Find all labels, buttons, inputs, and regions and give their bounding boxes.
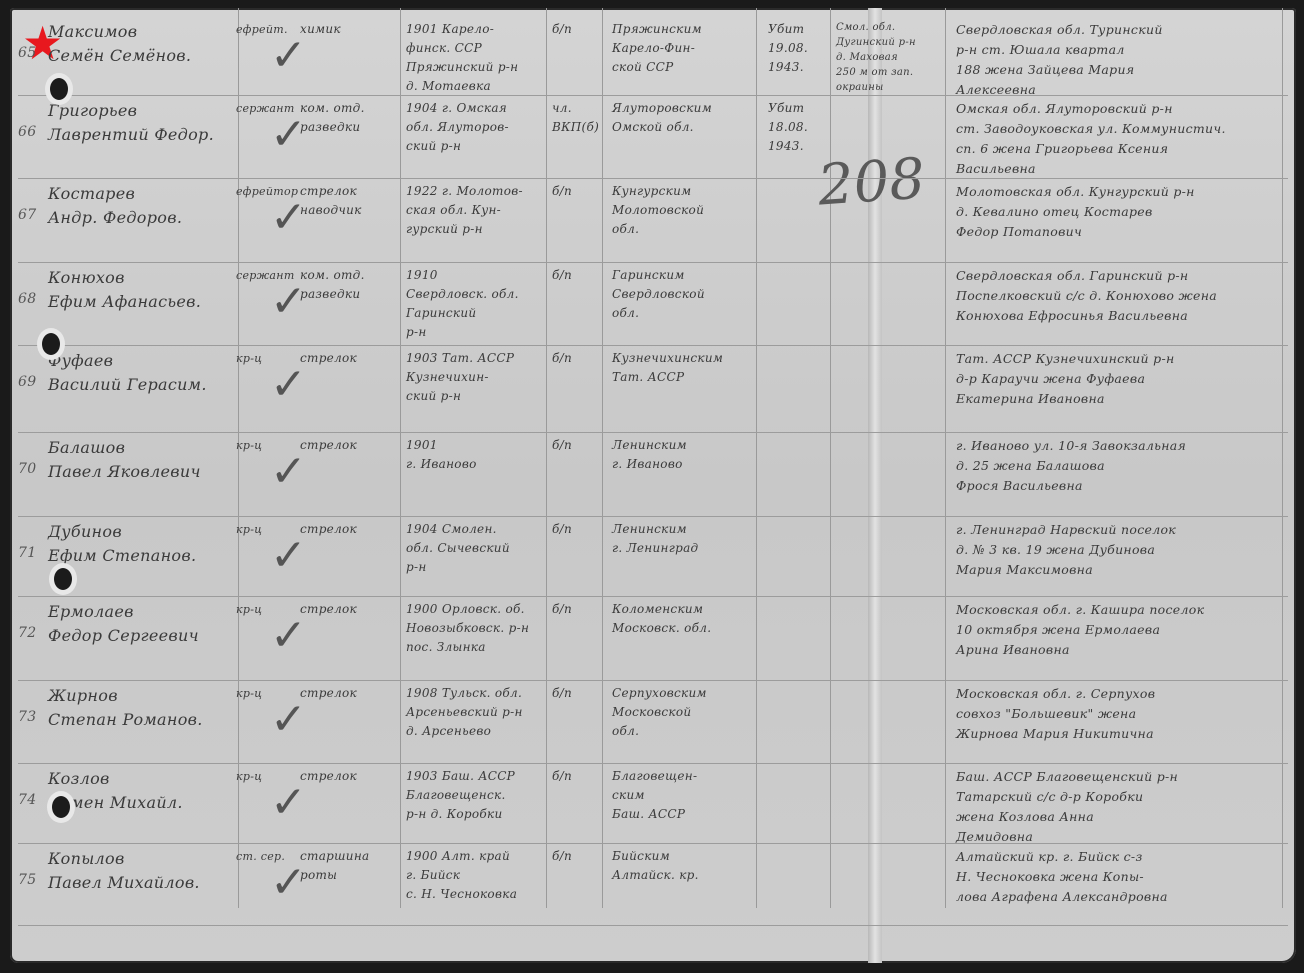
- cell-birth: 1922 г. Молотов- ская обл. Кун- гурский …: [406, 182, 546, 239]
- cell-role: стрелок: [300, 684, 412, 703]
- cell-num: 71: [18, 544, 44, 563]
- cell-num: 65: [18, 44, 44, 63]
- table-row: 65Максимов Семён Семёнов.ефрейт.химик190…: [18, 16, 1288, 96]
- cell-birth: 1904 г. Омская обл. Ялуторов- ский р-н: [406, 99, 546, 156]
- checkmark-icon: ✓: [270, 781, 307, 825]
- cell-rvk: Кузнечихинским Тат. АССР: [612, 349, 762, 387]
- cell-num: 66: [18, 123, 44, 142]
- cell-kin: Свердловская обл. Туринский р-н ст. Юшал…: [956, 20, 1286, 100]
- table-row: 67Костарев Андр. Федоров.ефрейторстрелок…: [18, 178, 1288, 263]
- cell-party: б/п: [552, 182, 602, 201]
- cell-party: б/п: [552, 600, 602, 619]
- cell-role: стрелок: [300, 767, 412, 786]
- cell-kin: Московская обл. г. Серпухов совхоз "Боль…: [956, 684, 1286, 744]
- cell-birth: 1901 г. Иваново: [406, 436, 546, 474]
- cell-num: 75: [18, 871, 44, 890]
- checkmark-icon: ✓: [270, 113, 307, 157]
- cell-kin: Московская обл. г. Кашира поселок 10 окт…: [956, 600, 1286, 660]
- cell-num: 70: [18, 460, 44, 479]
- cell-name: Конюхов Ефим Афанасьев.: [48, 266, 238, 314]
- cell-role: старшина роты: [300, 847, 412, 885]
- checkmark-icon: ✓: [270, 614, 307, 658]
- cell-birth: 1900 Алт. край г. Бийск с. Н. Чесноковка: [406, 847, 546, 904]
- cell-name: Балашов Павел Яковлевич: [48, 436, 238, 484]
- table-row: 66Григорьев Лаврентий Федор.сержантком. …: [18, 95, 1288, 179]
- cell-party: б/п: [552, 266, 602, 285]
- cell-kin: Тат. АССР Кузнечихинский р-н д-р Караучи…: [956, 349, 1286, 409]
- cell-name: Дубинов Ефим Степанов.: [48, 520, 238, 568]
- cell-role: стрелок: [300, 600, 412, 619]
- cell-birth: 1900 Орловск. об. Новозыбковск. р-н пос.…: [406, 600, 546, 657]
- cell-birth: 1903 Баш. АССР Благовещенск. р-н д. Коро…: [406, 767, 546, 824]
- cell-birth: 1901 Карело- финск. ССР Пряжинский р-н д…: [406, 20, 546, 96]
- table-row: 68Конюхов Ефим Афанасьев.сержантком. отд…: [18, 262, 1288, 346]
- cell-name: Козлов Семен Михайл.: [48, 767, 238, 815]
- cell-birth: 1908 Тульск. обл. Арсеньевский р-н д. Ар…: [406, 684, 546, 741]
- cell-kin: Омская обл. Ялуторовский р-н ст. Заводоу…: [956, 99, 1286, 179]
- cell-role: стрелок: [300, 436, 412, 455]
- cell-kin: г. Ленинград Нарвский поселок д. № 3 кв.…: [956, 520, 1286, 580]
- cell-name: Фуфаев Василий Герасим.: [48, 349, 238, 397]
- table-row: 75Копылов Павел Михайлов.ст. сер.старшин…: [18, 843, 1288, 926]
- cell-kin: Баш. АССР Благовещенский р-н Татарский с…: [956, 767, 1286, 847]
- checkmark-icon: ✓: [270, 196, 307, 240]
- table-row: 70Балашов Павел Яковлевичкр-цстрелок1901…: [18, 432, 1288, 517]
- cell-rvk: Ленинским г. Иваново: [612, 436, 762, 474]
- cell-party: б/п: [552, 20, 602, 39]
- cell-name: Костарев Андр. Федоров.: [48, 182, 238, 230]
- cell-kin: г. Иваново ул. 10-я Завокзальная д. 25 ж…: [956, 436, 1286, 496]
- checkmark-icon: ✓: [270, 861, 307, 905]
- table-row: 73Жирнов Степан Романов.кр-цстрелок1908 …: [18, 680, 1288, 764]
- cell-rvk: Гаринским Свердловской обл.: [612, 266, 762, 323]
- bullet-hole: [52, 796, 70, 818]
- cell-kin: Свердловская обл. Гаринский р-н Поспелко…: [956, 266, 1286, 326]
- cell-note: Смол. обл. Дугинский р-н д. Маховая 250 …: [836, 20, 936, 95]
- cell-role: химик: [300, 20, 412, 39]
- table-row: 69Фуфаев Василий Герасим.кр-цстрелок1903…: [18, 345, 1288, 433]
- cell-party: б/п: [552, 349, 602, 368]
- cell-num: 73: [18, 708, 44, 727]
- cell-rvk: Серпуховским Московской обл.: [612, 684, 762, 741]
- cell-kin: Алтайский кр. г. Бийск с-з Н. Чесноковка…: [956, 847, 1286, 907]
- cell-name: Ермолаев Федор Сергеевич: [48, 600, 238, 648]
- table-row: 72Ермолаев Федор Сергеевичкр-цстрелок190…: [18, 596, 1288, 681]
- cell-party: б/п: [552, 520, 602, 539]
- bullet-hole: [50, 78, 68, 100]
- cell-party: б/п: [552, 847, 602, 866]
- cell-num: 69: [18, 373, 44, 392]
- cell-rvk: Коломенским Московск. обл.: [612, 600, 762, 638]
- table-row: 71Дубинов Ефим Степанов.кр-цстрелок1904 …: [18, 516, 1288, 597]
- checkmark-icon: ✓: [270, 534, 307, 578]
- checkmark-icon: ✓: [270, 450, 307, 494]
- bullet-hole: [42, 333, 60, 355]
- cell-rvk: Бийским Алтайск. кр.: [612, 847, 762, 885]
- cell-num: 74: [18, 791, 44, 810]
- cell-party: чл. ВКП(б): [552, 99, 602, 137]
- checkmark-icon: ✓: [270, 280, 307, 324]
- table-row: 74Козлов Семен Михайл.кр-цстрелок1903 Ба…: [18, 763, 1288, 844]
- cell-date: Убит 18.08. 1943.: [768, 99, 828, 156]
- cell-name: Максимов Семён Семёнов.: [48, 20, 238, 68]
- cell-role: ком. отд. разведки: [300, 266, 412, 304]
- cell-name: Григорьев Лаврентий Федор.: [48, 99, 238, 147]
- cell-rvk: Благовещен- ским Баш. АССР: [612, 767, 762, 824]
- cell-role: стрелок: [300, 520, 412, 539]
- cell-num: 68: [18, 290, 44, 309]
- cell-kin: Молотовская обл. Кунгурский р-н д. Кевал…: [956, 182, 1286, 242]
- cell-party: б/п: [552, 767, 602, 786]
- cell-role: стрелок: [300, 349, 412, 368]
- cell-rvk: Пряжинским Карело-Фин- ской ССР: [612, 20, 762, 77]
- cell-name: Копылов Павел Михайлов.: [48, 847, 238, 895]
- cell-birth: 1903 Тат. АССР Кузнечихин- ский р-н: [406, 349, 546, 406]
- cell-role: ком. отд. разведки: [300, 99, 412, 137]
- cell-num: 67: [18, 206, 44, 225]
- bullet-hole: [54, 568, 72, 590]
- cell-date: Убит 19.08. 1943.: [768, 20, 828, 77]
- cell-num: 72: [18, 624, 44, 643]
- cell-rvk: Ялуторовским Омской обл.: [612, 99, 762, 137]
- cell-birth: 1904 Смолен. обл. Сычевский р-н: [406, 520, 546, 577]
- cell-role: стрелок наводчик: [300, 182, 412, 220]
- checkmark-icon: ✓: [270, 363, 307, 407]
- cell-party: б/п: [552, 436, 602, 455]
- cell-rvk: Кунгурским Молотовской обл.: [612, 182, 762, 239]
- cell-rvk: Ленинским г. Ленинград: [612, 520, 762, 558]
- cell-name: Жирнов Степан Романов.: [48, 684, 238, 732]
- checkmark-icon: ✓: [270, 698, 307, 742]
- cell-party: б/п: [552, 684, 602, 703]
- cell-birth: 1910 Свердловск. обл. Гаринский р-н: [406, 266, 546, 342]
- checkmark-icon: ✓: [270, 34, 307, 78]
